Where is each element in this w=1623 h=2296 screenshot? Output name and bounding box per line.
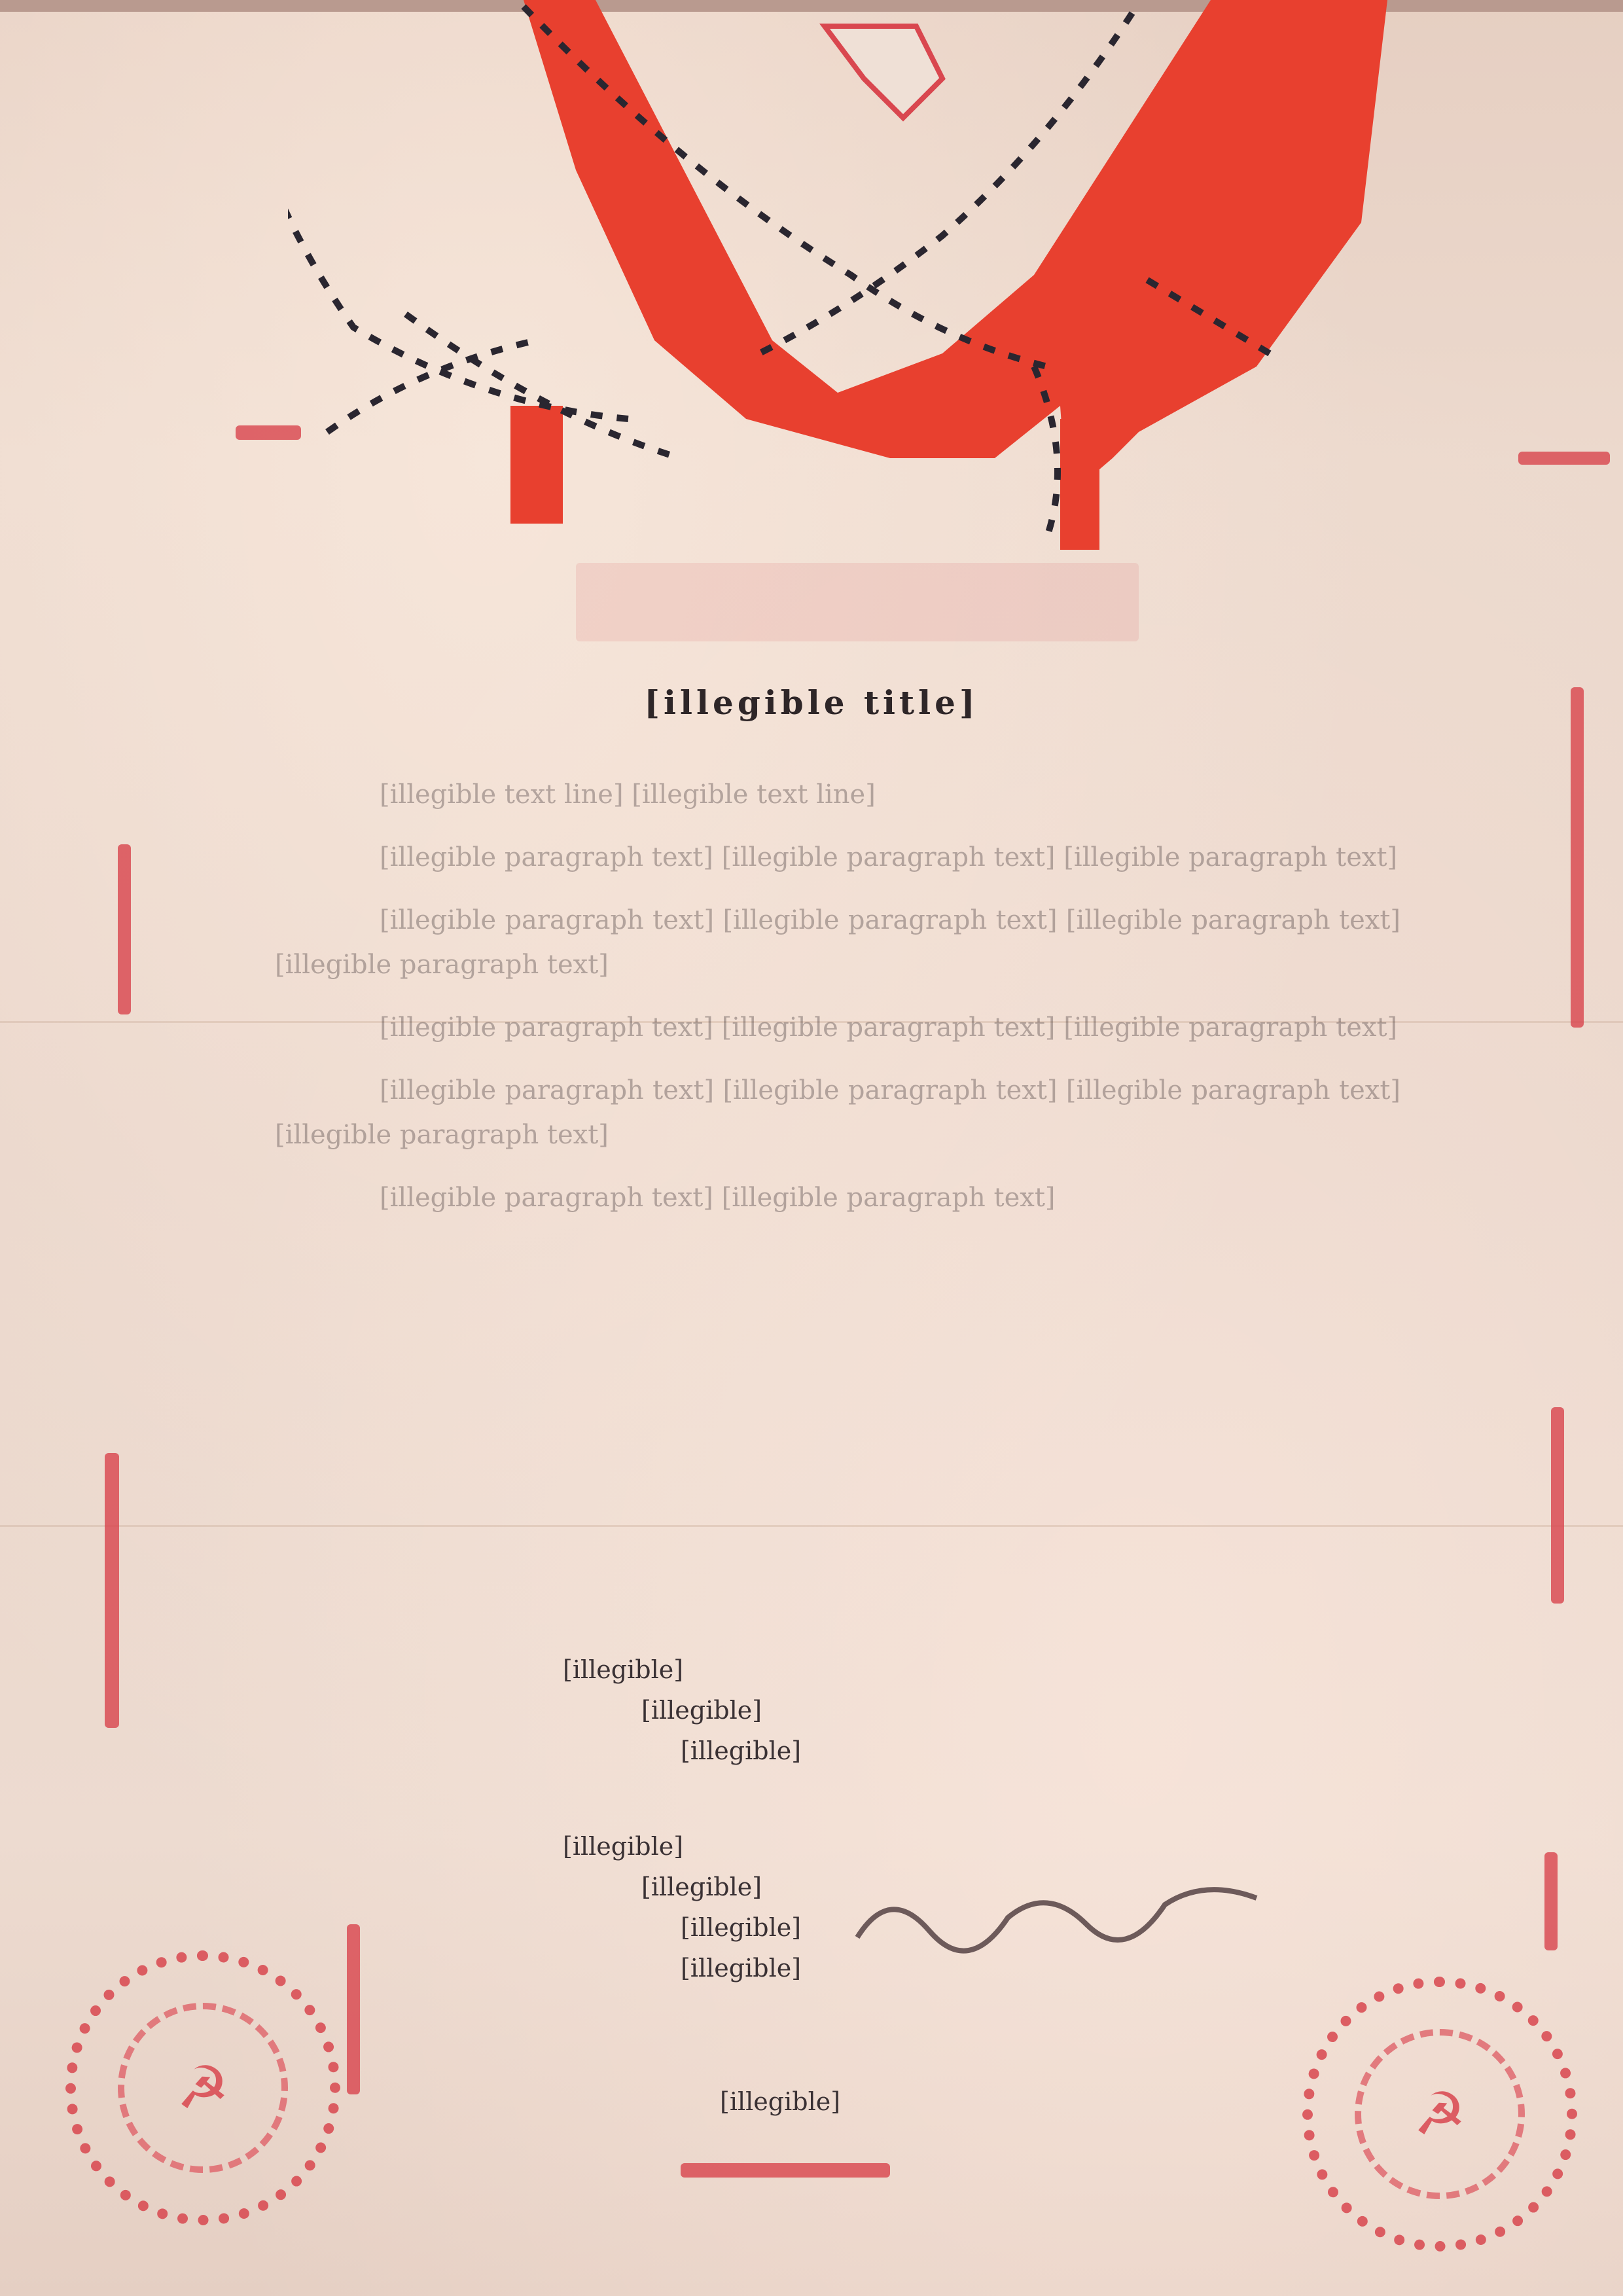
- certificate-body: [illegible text line] [illegible text li…: [275, 772, 1400, 1238]
- signature-line: [illegible]: [563, 1731, 1217, 1771]
- paragraph: [illegible text line] [illegible text li…: [275, 772, 1400, 817]
- certificate-page: [illegible title] [illegible text line] …: [0, 0, 1623, 2296]
- paper-fold-line: [0, 1525, 1623, 1527]
- faded-red-band: [576, 563, 1139, 641]
- signature-block: [illegible] [illegible] [illegible]: [563, 1649, 1217, 1771]
- footer-line: [illegible]: [720, 2081, 982, 2122]
- signature-line: [illegible]: [563, 1649, 1217, 1690]
- border-stroke: [118, 844, 131, 1014]
- border-stroke: [105, 1453, 119, 1728]
- border-stroke: [1544, 1852, 1558, 1950]
- border-stroke: [1571, 687, 1584, 1028]
- handwritten-signature: [851, 1859, 1270, 1964]
- paragraph: [illegible paragraph text] [illegible pa…: [275, 1068, 1400, 1157]
- border-stroke: [681, 2163, 890, 2178]
- border-stroke: [236, 425, 301, 440]
- paragraph: [illegible paragraph text] [illegible pa…: [275, 1005, 1400, 1050]
- border-stroke: [1518, 452, 1610, 465]
- paragraph: [illegible paragraph text] [illegible pa…: [275, 1175, 1400, 1220]
- right-round-seal: ☭: [1302, 1977, 1577, 2251]
- seal-emblem-icon: ☭: [118, 2003, 288, 2173]
- left-round-seal: ☭: [65, 1950, 340, 2225]
- signature-line: [illegible]: [563, 1690, 1217, 1731]
- border-stroke: [1551, 1407, 1564, 1604]
- certificate-title: [illegible title]: [0, 683, 1623, 722]
- paragraph: [illegible paragraph text] [illegible pa…: [275, 835, 1400, 880]
- border-stroke: [347, 1924, 360, 2094]
- paragraph: [illegible paragraph text] [illegible pa…: [275, 898, 1400, 987]
- seal-emblem-icon: ☭: [1355, 2029, 1525, 2199]
- red-neckerchief-icon: [288, 0, 1414, 563]
